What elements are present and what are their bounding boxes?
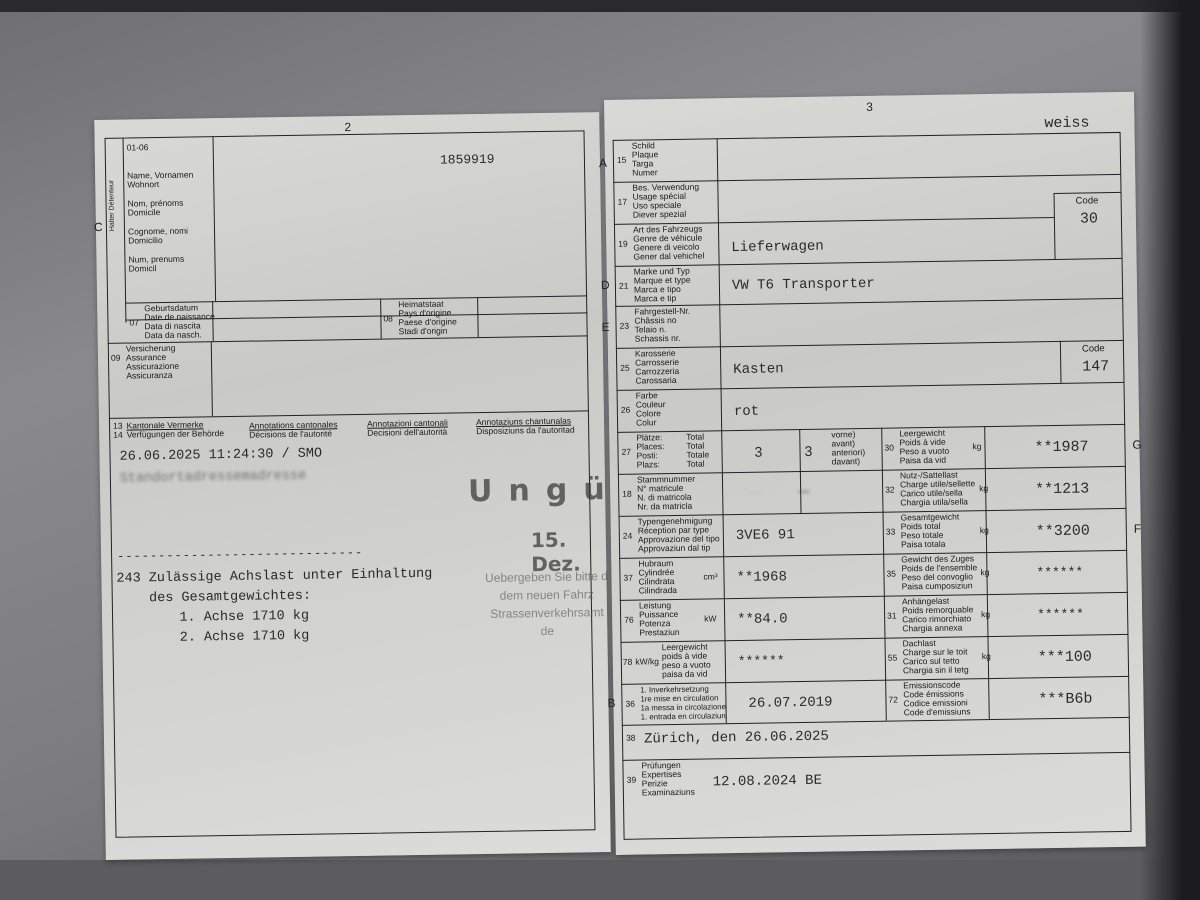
issue-place-code: 38 [626, 733, 636, 743]
vehicle-type-label: 19 Art des FahrzeugsGenre de véhiculeGen… [618, 224, 704, 261]
train-weight-label: 35 Gewicht des ZugesPoids de l'ensembleP… [886, 554, 993, 592]
emission-code-label: 72 EmissionscodeCode émissionsCodice emi… [888, 680, 970, 717]
color-label: 26 FarbeCouleurColoreColur [621, 391, 666, 428]
origin-label: 08 Heimatstaat Pays d'origine Paese d'or… [383, 299, 457, 336]
master-number-label: 18 StammnummerN° matriculeN. di matricol… [622, 475, 696, 512]
holder-section-range: 01-06 [127, 143, 149, 152]
holder-label: Domicil [129, 263, 195, 273]
section-letter-g: G [1132, 438, 1142, 452]
first-registration-label: 36 1. Inverkehrsetzung1re mise en circul… [625, 684, 726, 722]
power-label: 76 LeistungPuissancePotenzaPrestaziun kW [624, 600, 717, 637]
first-registration-value: 26.07.2019 [748, 695, 832, 712]
color-value: rot [734, 404, 759, 420]
type-approval-value: 3VE6 91 [736, 527, 795, 544]
vehicle-type-code-label: Code [1076, 196, 1099, 205]
seats-front-label: vorne)avant)anteriori)davant) [831, 430, 865, 467]
seats-label: 27 Plätze:Places:Posti:Plazs: TotalTotal… [621, 432, 709, 469]
empty-weight-value: **1987 [1034, 438, 1088, 456]
empty-weight-label: 30 LeergewichtPoids à videPeso a vuotoPa… [884, 428, 985, 466]
holder-vertical-label: Halter Détenteur [107, 180, 122, 232]
inspections-value: 12.08.2024 BE [713, 773, 822, 791]
annotations-header-rm: Annotaziuns chantunalas Disposiziuns da … [476, 417, 575, 437]
page-number: 3 [866, 100, 873, 114]
inspections-label: 39 PrüfungenExpertisesPerizieExaminaziun… [626, 761, 694, 798]
axle-load-note: 243 Zulässige Achslast unter Einhaltung … [116, 565, 433, 650]
vehicle-registration-document: 2 C Halter Détenteur 01-06 Name, Vorname… [64, 84, 1156, 881]
total-weight-value: **3200 [1036, 522, 1090, 540]
make-model-label: 21 Marke und TypMarque et typeMarca e ti… [619, 267, 691, 304]
right-page: 3 weiss A 15 SchildPlaqueTargaNumer 17 B… [604, 92, 1146, 855]
seat-background-top [0, 0, 1200, 12]
master-number-redacted: · · ▪▪▪ [750, 487, 809, 499]
stamp-note: Uebergeben Sie bitte d dem neuen Fahrz S… [481, 567, 612, 641]
annotations-header-de: 1314 Kantonale VermerkeVerfügungen der B… [113, 420, 224, 440]
special-use-label: 17 Bes. VerwendungUsage spécialUso speci… [617, 183, 699, 220]
total-weight-label: 33 GesamtgewichtPoids totalPeso totalePa… [886, 512, 993, 550]
payload-label: 32 Nutz-/SattellastCharge utile/sellette… [885, 470, 992, 508]
annotations-header-fr: Annotations cantonales Décisions de l'au… [249, 420, 338, 439]
seats-total: 3 [754, 444, 762, 460]
section-letter-d: D [601, 278, 610, 292]
insurance-label: 09 Versicherung Assurance Assicurazione … [111, 344, 179, 381]
chassis-label: 23 Fahrgestell-Nr.Châssis noTelaio n.Sch… [619, 307, 690, 344]
section-letter-e: E [601, 320, 609, 334]
section-letter-f: F [1134, 522, 1142, 536]
body-value: Kasten [733, 361, 784, 378]
page-number: 2 [344, 120, 351, 134]
displacement-value: **1968 [736, 569, 787, 586]
document-number: 1859919 [440, 152, 495, 168]
trailer-load-label: 31 AnhängelastPoids remorquableCarico ri… [887, 596, 994, 634]
vehicle-type-code: 30 [1080, 210, 1098, 227]
section-letter-a: A [599, 156, 607, 170]
emission-code-value: ***B6b [1038, 690, 1092, 708]
section-letter-c: C [94, 220, 103, 234]
plate-label: 15 SchildPlaqueTargaNumer [617, 141, 659, 178]
annotations-header-it: Annotazioni cantonali Decisioni dell'aut… [367, 419, 448, 438]
body-code: 147 [1082, 358, 1109, 375]
power-ratio-label: 78 kW/kg Leergewichtpoids à videpeso a v… [623, 642, 711, 679]
train-weight-value: ****** [1036, 565, 1083, 581]
issue-place-value: Zürich, den 26.06.2025 [644, 729, 829, 748]
trailer-load-value: ****** [1037, 607, 1084, 623]
make-model-value: VW T6 Transporter [732, 276, 875, 294]
annotation-address: Standortadressemadresse [120, 469, 307, 487]
left-page: 2 C Halter Détenteur 01-06 Name, Vorname… [94, 112, 611, 860]
annotation-timestamp: 26.06.2025 11:24:30 / SMO [119, 447, 322, 465]
displacement-label: 37 HubraumCylindréeCilindrataCilindrada … [623, 558, 716, 595]
body-code-label: Code [1082, 344, 1105, 353]
roof-load-label: 55 DachlastCharge sur le toitCarico sul … [888, 638, 995, 676]
power-value: **84.0 [737, 611, 788, 628]
power-ratio-value: ****** [738, 653, 785, 669]
section-letter-b: B [607, 696, 615, 710]
plate-color: weiss [1044, 114, 1089, 132]
payload-value: **1213 [1035, 480, 1089, 498]
seats-front: 3 [804, 443, 812, 459]
type-approval-label: 24 TypengenehmigungRéception par typeApp… [623, 516, 720, 554]
birthdate-label: 07 Geburtsdatum Date de naissance Data d… [129, 303, 215, 340]
roof-load-value: ***100 [1038, 648, 1092, 666]
vehicle-type-value: Lieferwagen [731, 239, 824, 256]
body-label: 25 KarosserieCarrosserieCarrozzeriaCaros… [620, 349, 679, 386]
